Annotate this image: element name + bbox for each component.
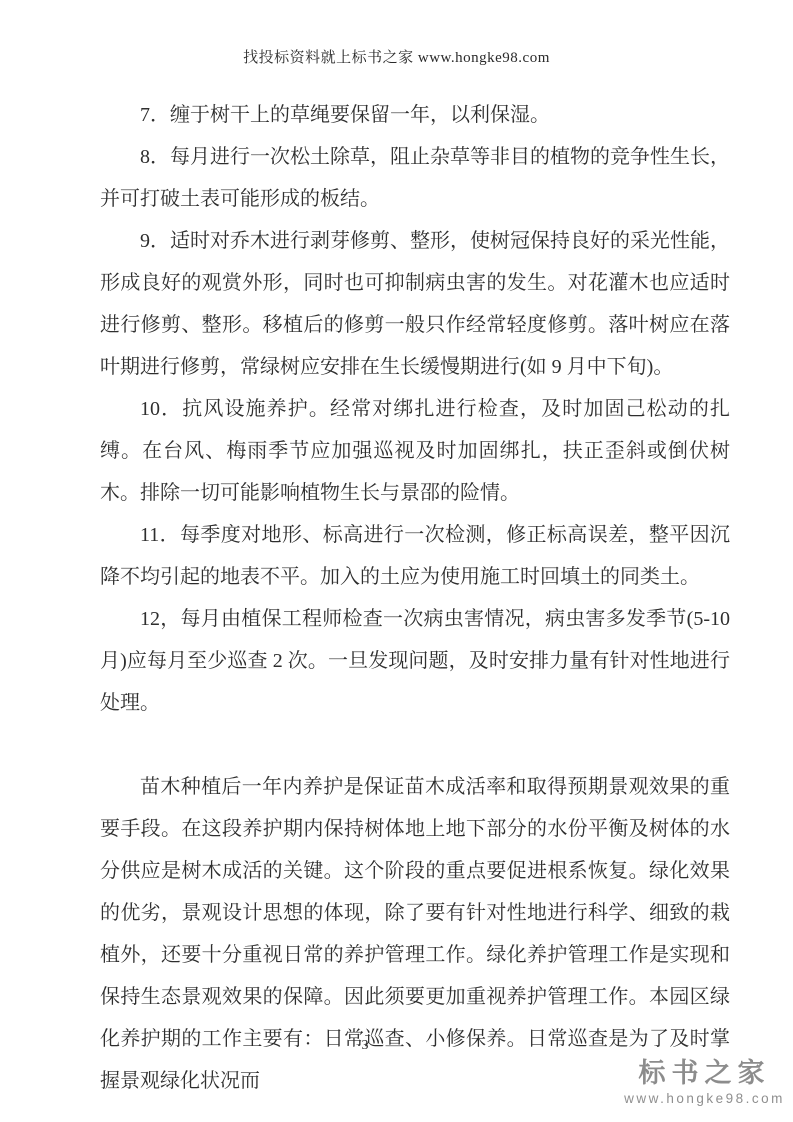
corner-watermark-brand: 标书之家 bbox=[622, 1058, 787, 1088]
paragraph-8: 8．每月进行一次松土除草，阻止杂草等非目的植物的竞争性生长，并可打破土表可能形成… bbox=[100, 136, 730, 220]
paragraph-10: 10．抗风设施养护。经常对绑扎进行检查，及时加固己松动的扎缚。在台风、梅雨季节应… bbox=[100, 388, 730, 514]
document-page: 找投标资料就上标书之家 www.hongke98.com 7．缠于树干上的草绳要… bbox=[0, 0, 793, 1122]
paragraph-7: 7．缠于树干上的草绳要保留一年，以利保湿。 bbox=[100, 94, 730, 136]
paragraph-12: 12，每月由植保工程师检查一次病虫害情况，病虫害多发季节(5-10 月)应每月至… bbox=[100, 598, 730, 724]
paragraph-11: 11．每季度对地形、标高进行一次检测，修正标高误差，整平因沉降不均引起的地表不平… bbox=[100, 514, 730, 598]
page-number: 3 bbox=[0, 1038, 730, 1054]
corner-watermark: 标书之家 www.hongke98.com bbox=[622, 1058, 787, 1106]
corner-watermark-url: www.hongke98.com bbox=[622, 1091, 787, 1106]
header-watermark-text: 找投标资料就上标书之家 www.hongke98.com bbox=[0, 46, 793, 67]
document-body: 7．缠于树干上的草绳要保留一年，以利保湿。 8．每月进行一次松土除草，阻止杂草等… bbox=[100, 94, 730, 1102]
paragraph-9: 9．适时对乔木进行剥芽修剪、整形，使树冠保持良好的采光性能，形成良好的观赏外形，… bbox=[100, 220, 730, 388]
